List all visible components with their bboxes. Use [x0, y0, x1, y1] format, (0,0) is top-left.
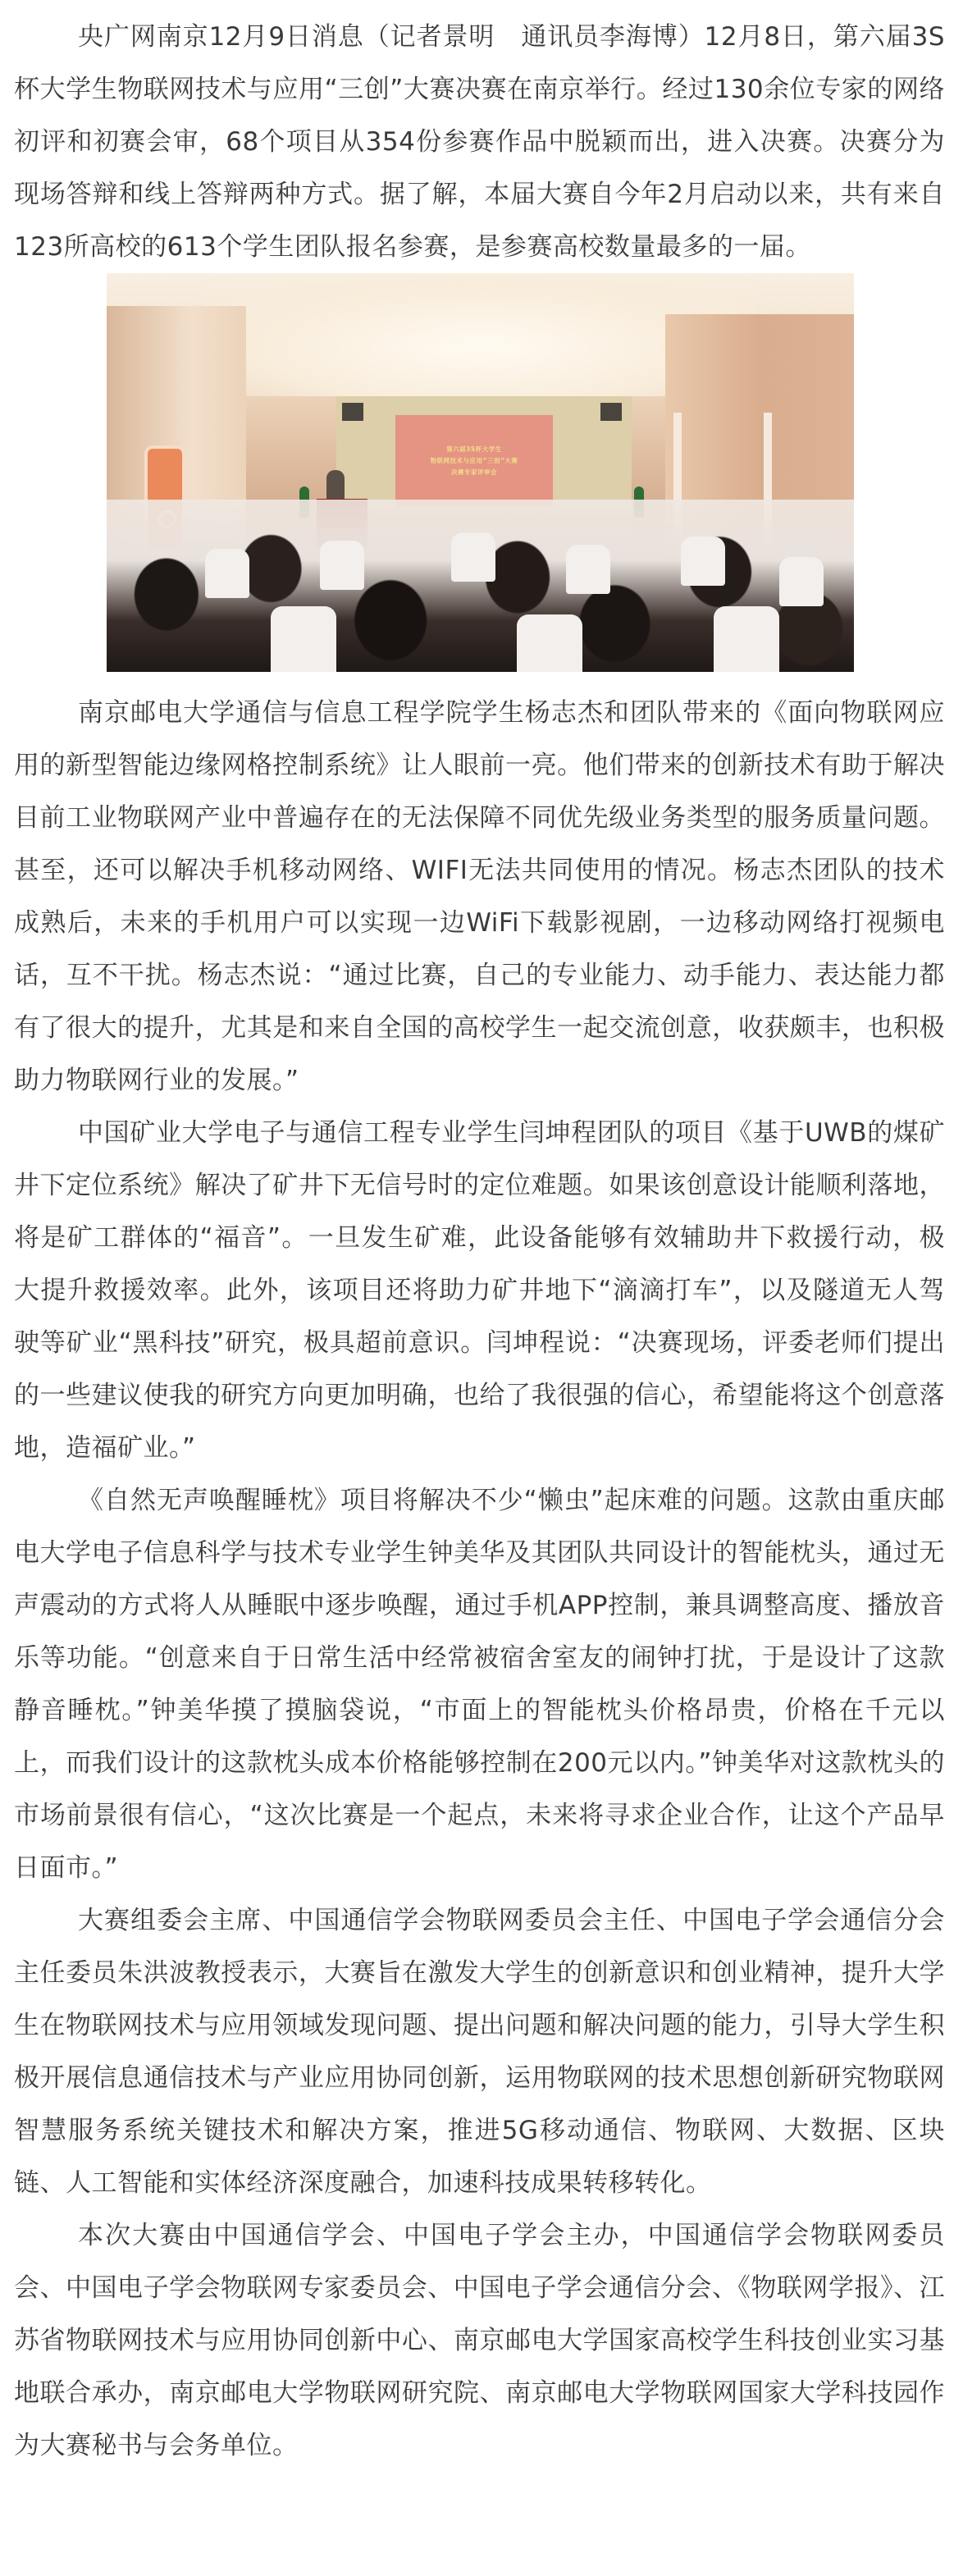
photo-audience: [107, 500, 854, 672]
presenter: [326, 470, 345, 503]
chair: [681, 537, 725, 586]
event-photo: 第六届3S杯大学生 物联网技术与应用“三创”大赛 决赛专家评审会: [107, 273, 854, 672]
screen-line: 决赛专家评审会: [451, 467, 497, 478]
chair: [779, 557, 824, 606]
chair: [517, 614, 582, 672]
article-body: 央广网南京12月9日消息（记者景明 通讯员李海博）12月8日，第六届3S杯大学生…: [14, 11, 945, 2472]
screen-line: 物联网技术与应用“三创”大赛: [431, 455, 518, 467]
loudspeaker-icon: [600, 403, 622, 421]
screen-line: 第六届3S杯大学生: [446, 444, 502, 455]
chair: [320, 541, 364, 590]
paragraph-project-uwb: 中国矿业大学电子与通信工程专业学生闫坤程团队的项目《基于UWB的煤矿井下定位系统…: [14, 1107, 945, 1474]
chair: [566, 545, 610, 594]
loudspeaker-icon: [342, 403, 363, 421]
chair: [714, 606, 779, 672]
chair: [205, 549, 249, 598]
paragraph-intro: 央广网南京12月9日消息（记者景明 通讯员李海博）12月8日，第六届3S杯大学生…: [14, 11, 945, 273]
paragraph-chairman-remarks: 大赛组委会主席、中国通信学会物联网委员会主任、中国电子学会通信分会主任委员朱洪波…: [14, 1894, 945, 2209]
photo-background: 第六届3S杯大学生 物联网技术与应用“三创”大赛 决赛专家评审会: [107, 273, 854, 672]
paragraph-project-pillow: 《自然无声唤醒睡枕》项目将解决不少“懒虫”起床难的问题。这款由重庆邮电大学电子信…: [14, 1474, 945, 1894]
chair: [271, 606, 336, 672]
projection-screen: 第六届3S杯大学生 物联网技术与应用“三创”大赛 决赛专家评审会: [395, 415, 553, 506]
paragraph-project-edge-grid: 南京邮电大学通信与信息工程学院学生杨志杰和团队带来的《面向物联网应用的新型智能边…: [14, 687, 945, 1107]
chair: [451, 532, 495, 582]
paragraph-organizers: 本次大赛由中国通信学会、中国电子学会主办，中国通信学会物联网委员会、中国电子学会…: [14, 2209, 945, 2472]
